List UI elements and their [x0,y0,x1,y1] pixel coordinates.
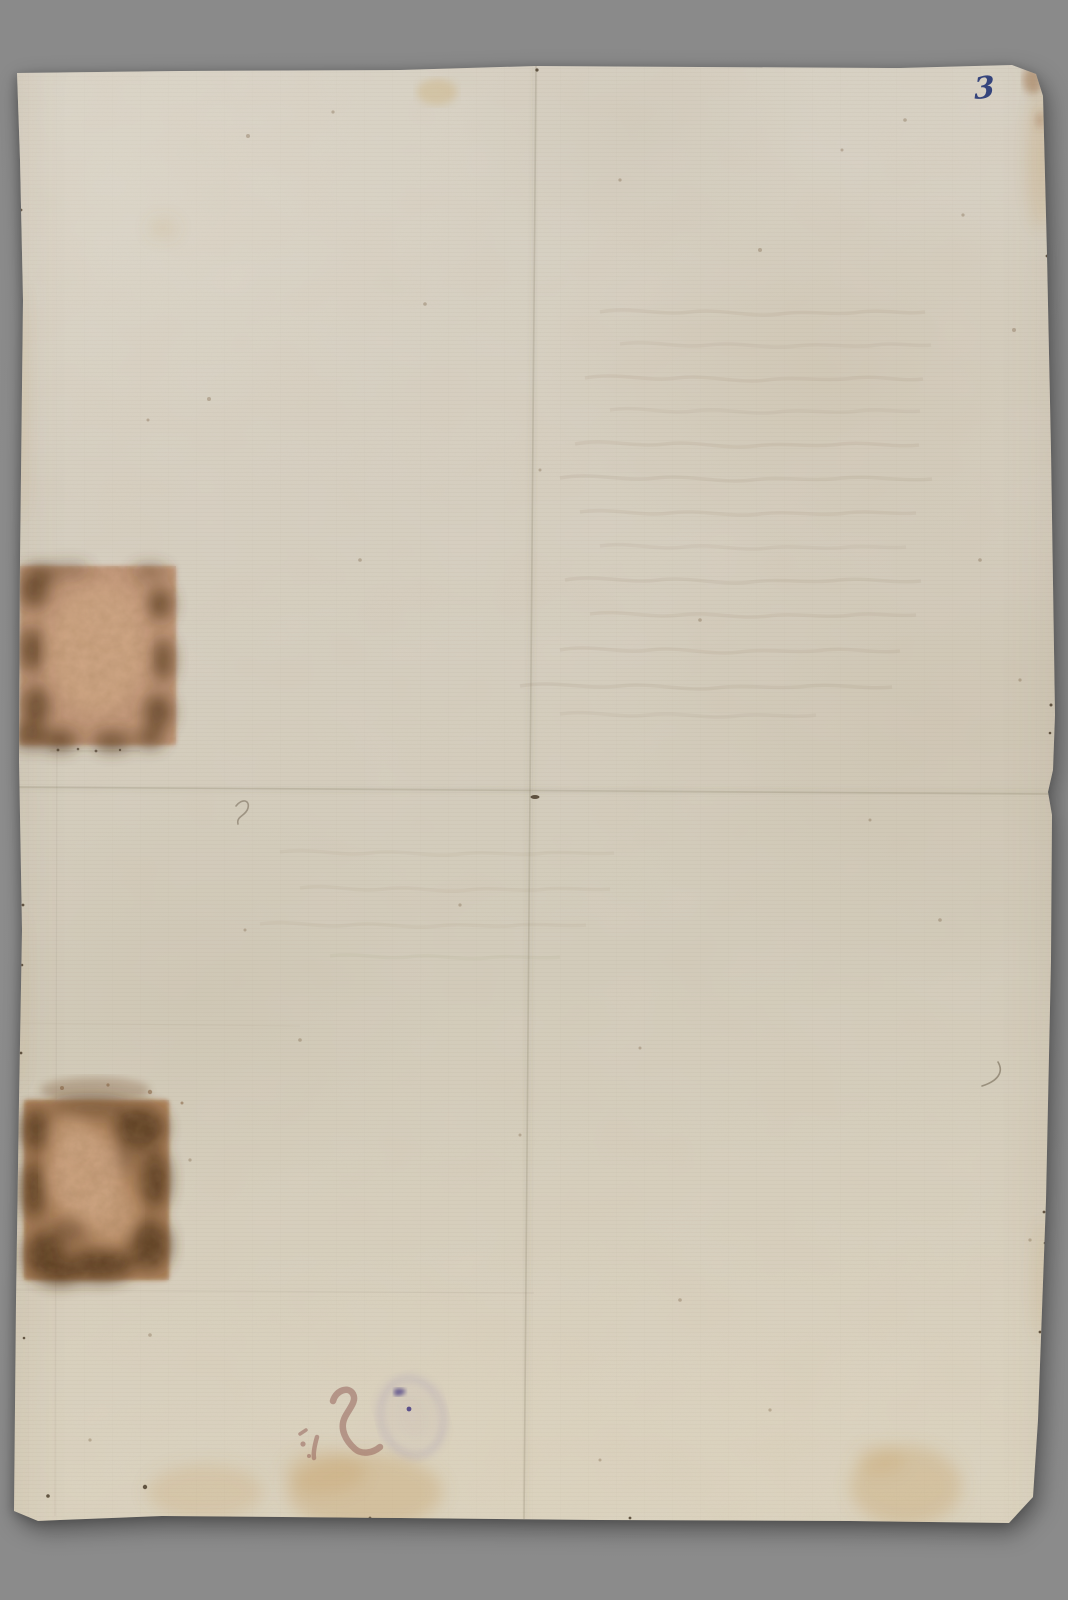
folio-number: 3 [973,73,995,106]
stain-yellow-top [417,79,457,105]
photograph-backdrop: 3 [0,0,1068,1600]
paper-shadow-wrap: 3 [0,0,1068,1600]
manuscript-page: 3 [0,0,1068,1600]
page-marks-overlay [0,0,1068,1600]
seal-residue-upper [14,563,176,752]
seal-residue-lower [22,1077,184,1284]
